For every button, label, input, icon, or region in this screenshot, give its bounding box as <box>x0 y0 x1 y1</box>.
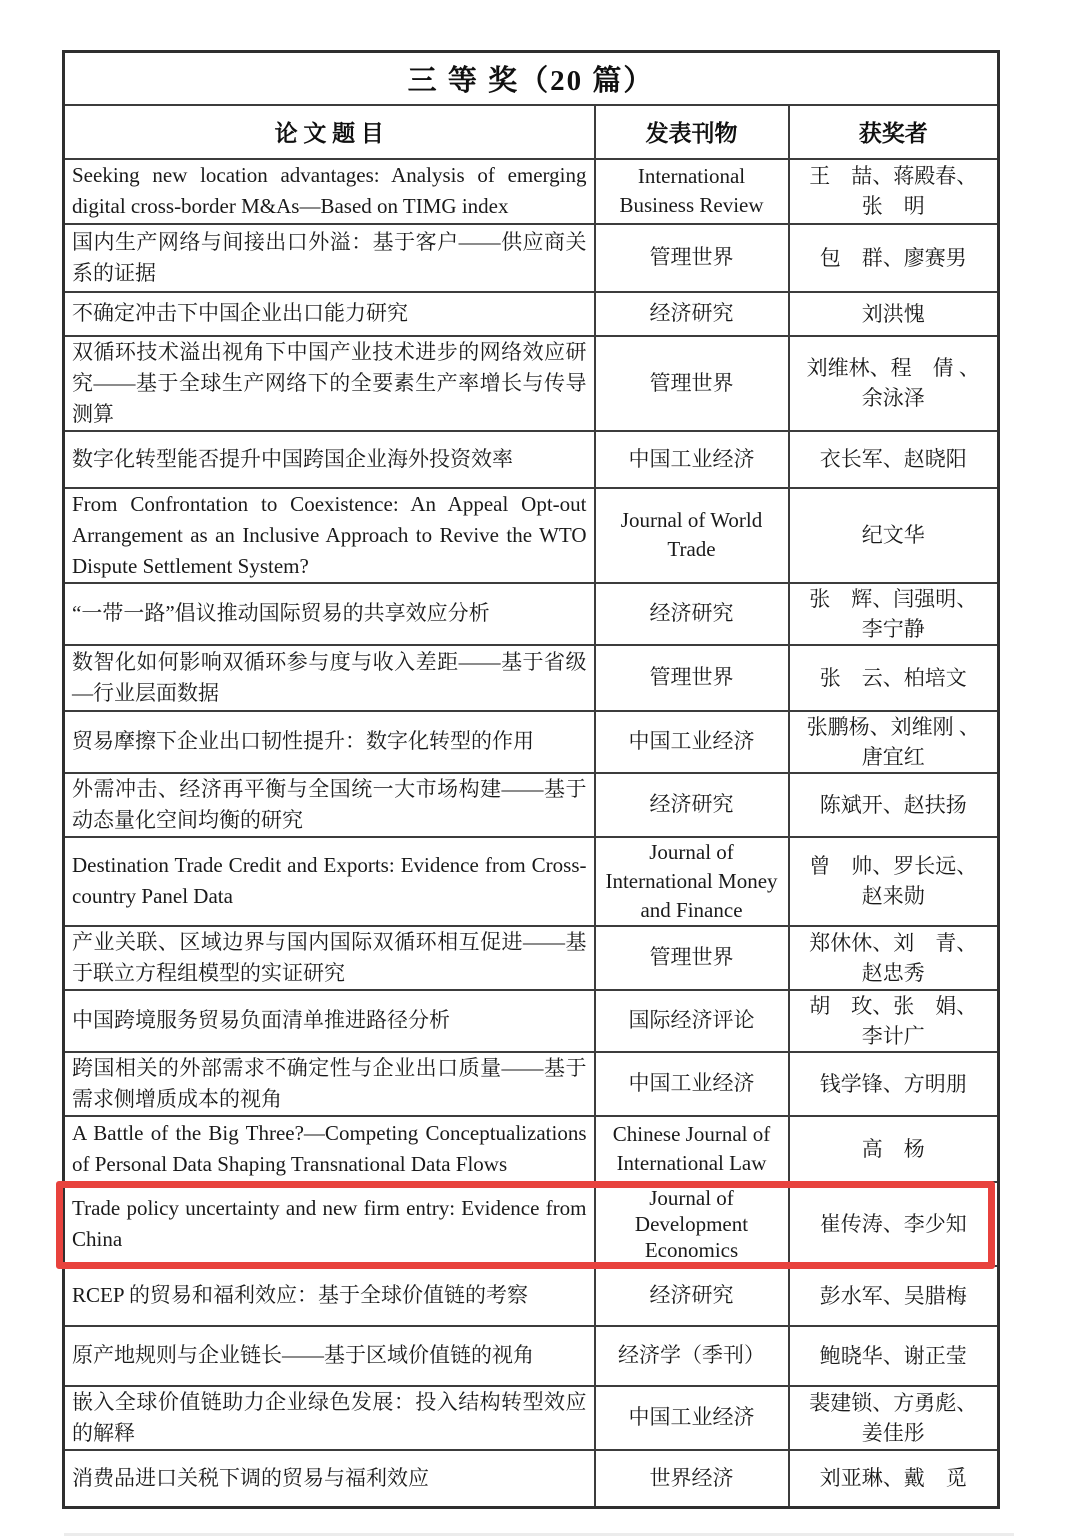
paper-title-cell: 贸易摩擦下企业出口韧性提升：数字化转型的作用 <box>64 711 595 773</box>
paper-title-cell: 双循环技术溢出视角下中国产业技术进步的网络效应研究——基于全球生产网络下的全要素… <box>64 336 595 431</box>
journal-cell: Journal of International Money and Finan… <box>595 837 789 926</box>
winners-cell: 钱学锋、方明朋 <box>789 1052 999 1116</box>
winners-cell: 彭水军、吴腊梅 <box>789 1266 999 1326</box>
journal-cell: 经济研究 <box>595 773 789 837</box>
journal-cell: 世界经济 <box>595 1450 789 1508</box>
journal-cell: 管理世界 <box>595 645 789 711</box>
table-row: 产业关联、区域边界与国内国际双循环相互促进——基于联立方程组模型的实证研究 管理… <box>64 926 999 990</box>
table-row: 消费品进口关税下调的贸易与福利效应 世界经济 刘亚琳、戴 觅 <box>64 1450 999 1508</box>
table-row: 不确定冲击下中国企业出口能力研究 经济研究 刘洪愧 <box>64 292 999 336</box>
journal-cell: 中国工业经济 <box>595 1386 789 1450</box>
table-row: 双循环技术溢出视角下中国产业技术进步的网络效应研究——基于全球生产网络下的全要素… <box>64 336 999 431</box>
winners-cell: 包 群、廖赛男 <box>789 224 999 292</box>
winners-cell: 王 喆、蒋殿春、 张 明 <box>789 159 999 224</box>
scanned-document-page: 三 等 奖（20 篇） 论 文 题 目 发表刊物 获奖者 Seeking new… <box>0 0 1080 1540</box>
column-header-paper-title: 论 文 题 目 <box>64 105 595 159</box>
journal-cell: 管理世界 <box>595 336 789 431</box>
journal-cell: Journal of Development Economics <box>595 1182 789 1266</box>
paper-title-cell: “一带一路”倡议推动国际贸易的共享效应分析 <box>64 583 595 645</box>
table-row: RCEP 的贸易和福利效应：基于全球价值链的考察 经济研究 彭水军、吴腊梅 <box>64 1266 999 1326</box>
winners-cell: 崔传涛、李少知 <box>789 1182 999 1266</box>
table-row: 数智化如何影响双循环参与度与收入差距——基于省级—行业层面数据 管理世界 张 云… <box>64 645 999 711</box>
winners-cell: 刘洪愧 <box>789 292 999 336</box>
table-row: From Confrontation to Coexistence: An Ap… <box>64 488 999 583</box>
winners-cell: 陈斌开、赵扶扬 <box>789 773 999 837</box>
winners-cell: 裴建锁、方勇彪、 姜佳彤 <box>789 1386 999 1450</box>
winners-cell: 郑休休、刘 青、 赵忠秀 <box>789 926 999 990</box>
journal-cell: 管理世界 <box>595 926 789 990</box>
journal-cell: 中国工业经济 <box>595 1052 789 1116</box>
paper-title-cell: Trade policy uncertainty and new firm en… <box>64 1182 595 1266</box>
table-row: 中国跨境服务贸易负面清单推进路径分析 国际经济评论 胡 玫、张 娟、 李计广 <box>64 990 999 1052</box>
table-row: 数字化转型能否提升中国跨国企业海外投资效率 中国工业经济 衣长军、赵晓阳 <box>64 431 999 488</box>
paper-title-cell: A Battle of the Big Three?—Competing Con… <box>64 1116 595 1182</box>
table-row: Seeking new location advantages: Analysi… <box>64 159 999 224</box>
scan-artifact-line <box>64 1533 1014 1536</box>
winners-cell: 胡 玫、张 娟、 李计广 <box>789 990 999 1052</box>
winners-cell: 张鹏杨、刘维刚 、 唐宜红 <box>789 711 999 773</box>
winners-cell: 曾 帅、罗长远、 赵来勋 <box>789 837 999 926</box>
journal-cell: 经济研究 <box>595 292 789 336</box>
table-row: 原产地规则与企业链长——基于区域价值链的视角 经济学（季刊） 鲍晓华、谢正莹 <box>64 1326 999 1386</box>
paper-title-cell: 产业关联、区域边界与国内国际双循环相互促进——基于联立方程组模型的实证研究 <box>64 926 595 990</box>
paper-title-cell: 嵌入全球价值链助力企业绿色发展：投入结构转型效应的解释 <box>64 1386 595 1450</box>
paper-title-cell: 原产地规则与企业链长——基于区域价值链的视角 <box>64 1326 595 1386</box>
paper-title-cell: RCEP 的贸易和福利效应：基于全球价值链的考察 <box>64 1266 595 1326</box>
table-title: 三 等 奖（20 篇） <box>64 52 999 105</box>
table-row: 外需冲击、经济再平衡与全国统一大市场构建——基于动态量化空间均衡的研究 经济研究… <box>64 773 999 837</box>
paper-title-cell: 数智化如何影响双循环参与度与收入差距——基于省级—行业层面数据 <box>64 645 595 711</box>
winners-cell: 张 云、柏培文 <box>789 645 999 711</box>
journal-cell: 经济学（季刊） <box>595 1326 789 1386</box>
winners-cell: 纪文华 <box>789 488 999 583</box>
column-header-journal: 发表刊物 <box>595 105 789 159</box>
journal-cell: 中国工业经济 <box>595 431 789 488</box>
winners-cell: 高 杨 <box>789 1116 999 1182</box>
table-row: A Battle of the Big Three?—Competing Con… <box>64 1116 999 1182</box>
winners-cell: 张 辉、闫强明、 李宁静 <box>789 583 999 645</box>
paper-title-cell: 数字化转型能否提升中国跨国企业海外投资效率 <box>64 431 595 488</box>
journal-cell: 管理世界 <box>595 224 789 292</box>
table-row: “一带一路”倡议推动国际贸易的共享效应分析 经济研究 张 辉、闫强明、 李宁静 <box>64 583 999 645</box>
third-prize-award-table: 三 等 奖（20 篇） 论 文 题 目 发表刊物 获奖者 Seeking new… <box>62 50 1000 1509</box>
journal-cell: 经济研究 <box>595 583 789 645</box>
table-row: 国内生产网络与间接出口外溢：基于客户——供应商关系的证据 管理世界 包 群、廖赛… <box>64 224 999 292</box>
table-header-row: 论 文 题 目 发表刊物 获奖者 <box>64 105 999 159</box>
journal-cell: Journal of World Trade <box>595 488 789 583</box>
winners-cell: 衣长军、赵晓阳 <box>789 431 999 488</box>
table-row: Destination Trade Credit and Exports: Ev… <box>64 837 999 926</box>
table-row: 贸易摩擦下企业出口韧性提升：数字化转型的作用 中国工业经济 张鹏杨、刘维刚 、 … <box>64 711 999 773</box>
table-row: 跨国相关的外部需求不确定性与企业出口质量——基于需求侧增质成本的视角 中国工业经… <box>64 1052 999 1116</box>
paper-title-cell: Destination Trade Credit and Exports: Ev… <box>64 837 595 926</box>
paper-title-cell: 中国跨境服务贸易负面清单推进路径分析 <box>64 990 595 1052</box>
winners-cell: 刘维林、程 倩 、 余泳泽 <box>789 336 999 431</box>
winners-cell: 鲍晓华、谢正莹 <box>789 1326 999 1386</box>
journal-cell: 中国工业经济 <box>595 711 789 773</box>
table-title-row: 三 等 奖（20 篇） <box>64 52 999 105</box>
highlighted-row: Trade policy uncertainty and new firm en… <box>64 1182 999 1266</box>
paper-title-cell: 消费品进口关税下调的贸易与福利效应 <box>64 1450 595 1508</box>
paper-title-cell: From Confrontation to Coexistence: An Ap… <box>64 488 595 583</box>
paper-title-cell: 不确定冲击下中国企业出口能力研究 <box>64 292 595 336</box>
journal-cell: Chinese Journal of International Law <box>595 1116 789 1182</box>
journal-cell: 国际经济评论 <box>595 990 789 1052</box>
journal-cell: 经济研究 <box>595 1266 789 1326</box>
column-header-winners: 获奖者 <box>789 105 999 159</box>
paper-title-cell: 跨国相关的外部需求不确定性与企业出口质量——基于需求侧增质成本的视角 <box>64 1052 595 1116</box>
paper-title-cell: Seeking new location advantages: Analysi… <box>64 159 595 224</box>
journal-cell: International Business Review <box>595 159 789 224</box>
paper-title-cell: 国内生产网络与间接出口外溢：基于客户——供应商关系的证据 <box>64 224 595 292</box>
table-row: 嵌入全球价值链助力企业绿色发展：投入结构转型效应的解释 中国工业经济 裴建锁、方… <box>64 1386 999 1450</box>
winners-cell: 刘亚琳、戴 觅 <box>789 1450 999 1508</box>
paper-title-cell: 外需冲击、经济再平衡与全国统一大市场构建——基于动态量化空间均衡的研究 <box>64 773 595 837</box>
